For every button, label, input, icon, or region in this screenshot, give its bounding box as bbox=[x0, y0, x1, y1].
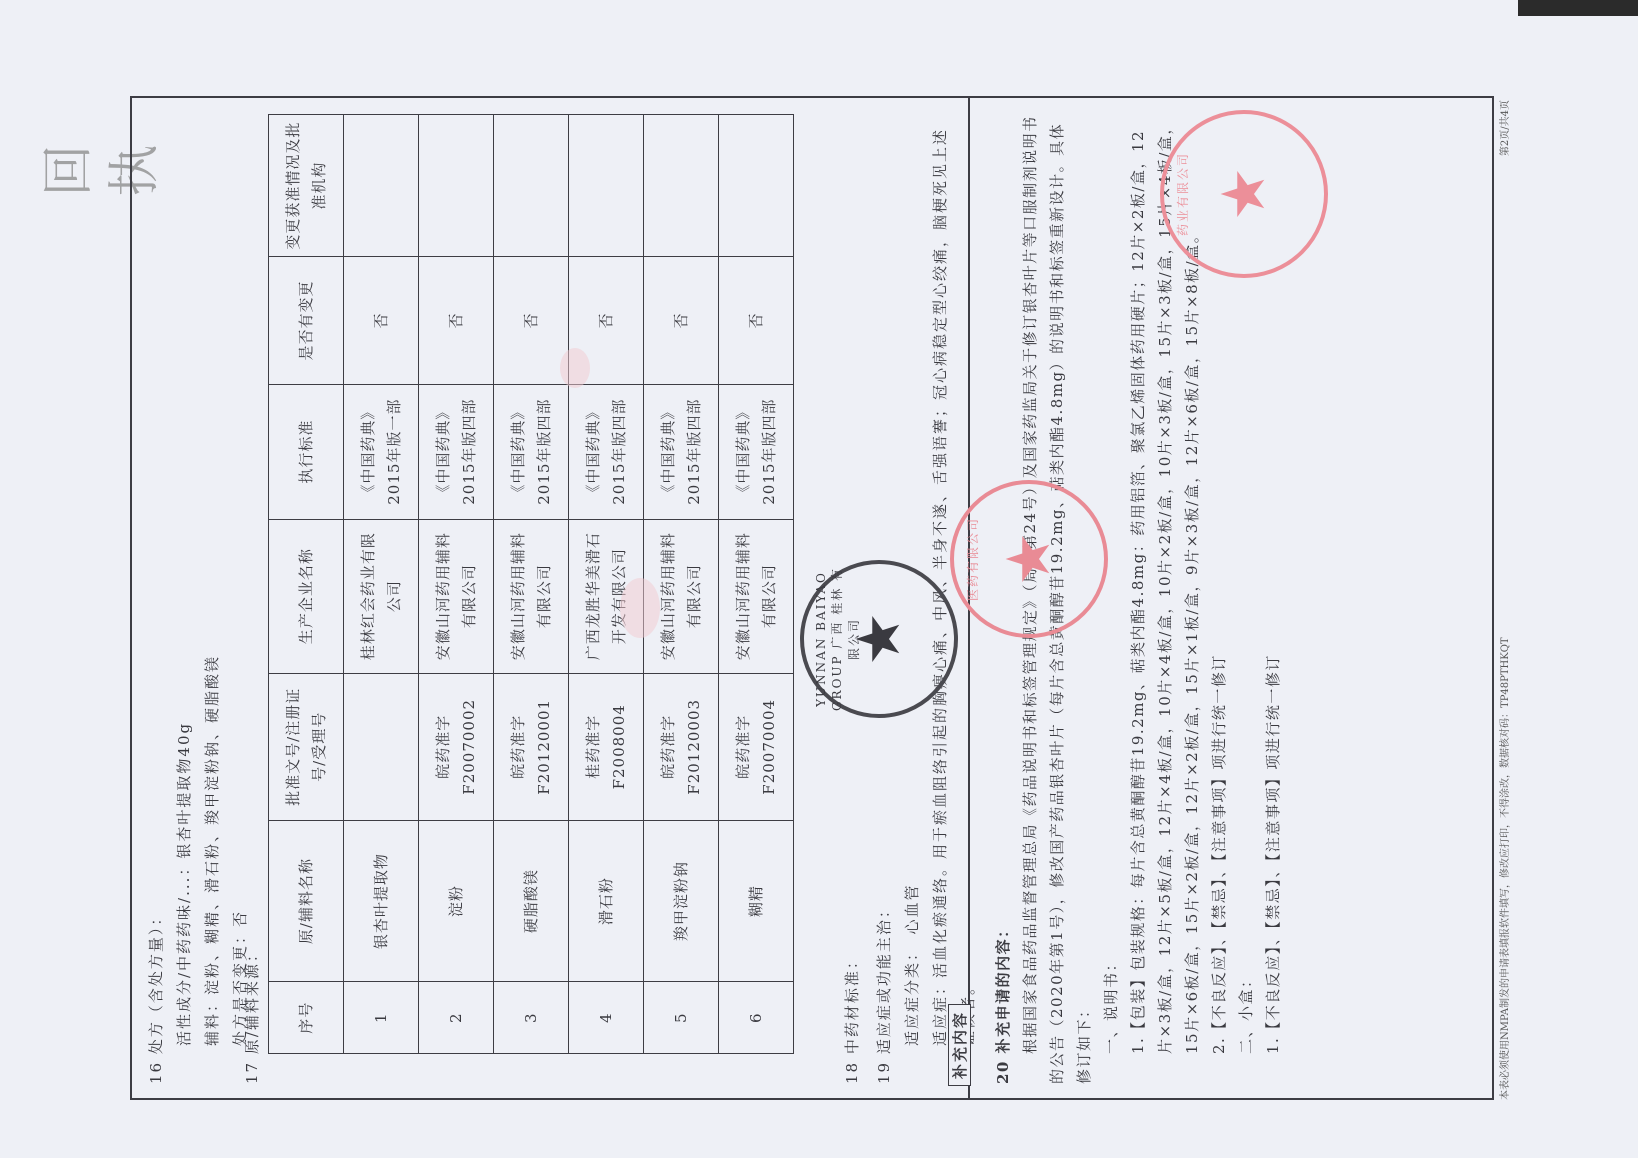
official-seal-red-2: 药业有限公司 ★ bbox=[1160, 110, 1328, 278]
official-seal-red: 医药有限公司 ★ bbox=[950, 480, 1108, 638]
cell-no: 4 bbox=[569, 982, 644, 1054]
star-icon: ★ bbox=[999, 532, 1059, 586]
page-footer: 本表必须使用NMPA制发的申请表填报软件填写，修改应打印，不得涂改，数据核对码：… bbox=[1496, 100, 1511, 1100]
cell-changed: 否 bbox=[344, 257, 419, 385]
cell-changed: 否 bbox=[719, 257, 794, 385]
table-row: 2淀粉皖药准字F20070002安徽山河药用辅料有限公司《中国药典》2015年版… bbox=[419, 115, 494, 1054]
section-18-title: 18 中药材标准： bbox=[838, 952, 866, 1084]
cell-name: 硬脂酸镁 bbox=[494, 820, 569, 982]
cell-changed: 否 bbox=[644, 257, 719, 385]
section-16-title: 16 处方（含处方量）： bbox=[142, 655, 170, 1084]
excipients: 辅料：淀粉、糊精、滑石粉、羧甲淀粉钠、硬脂酸镁 bbox=[198, 655, 226, 1084]
cell-change-approval bbox=[569, 115, 644, 257]
cell-approval: 皖药准字F20070004 bbox=[719, 673, 794, 820]
cell-standard: 《中国药典》2015年版四部 bbox=[719, 384, 794, 519]
official-seal-black: YUNNAN BAIYAO GROUP 广西 桂林 有限公司 ★ bbox=[800, 560, 958, 718]
materials-table: 序号 原/辅料名称 批准文号/注册证号/受理号 生产企业名称 执行标准 是否有变… bbox=[268, 114, 794, 1054]
cell-change-approval bbox=[719, 115, 794, 257]
cell-standard: 《中国药典》2015年版四部 bbox=[569, 384, 644, 519]
seal-text: 药业有限公司 bbox=[1174, 114, 1191, 274]
seal-text: YUNNAN BAIYAO GROUP 广西 桂林 有限公司 bbox=[814, 564, 862, 714]
cell-name: 银杏叶提取物 bbox=[344, 820, 419, 982]
footer-note: 本表必须使用NMPA制发的申请表填报软件填写，修改应打印，不得涂改，数据核对码：… bbox=[1496, 637, 1511, 1100]
cell-change-approval bbox=[419, 115, 494, 257]
cell-no: 1 bbox=[344, 982, 419, 1054]
col-header: 是否有变更 bbox=[269, 257, 344, 385]
cell-standard: 《中国药典》2015年版四部 bbox=[494, 384, 569, 519]
cell-no: 5 bbox=[644, 982, 719, 1054]
cell-approval: 皖药准字F20070002 bbox=[419, 673, 494, 820]
cell-no: 3 bbox=[494, 982, 569, 1054]
cell-changed: 否 bbox=[419, 257, 494, 385]
cell-name: 羧甲淀粉钠 bbox=[644, 820, 719, 982]
seal-text: 医药有限公司 bbox=[964, 484, 981, 634]
cell-changed: 否 bbox=[494, 257, 569, 385]
table-row: 6糊精皖药准字F20070004安徽山河药用辅料有限公司《中国药典》2015年版… bbox=[719, 115, 794, 1054]
cell-change-approval bbox=[344, 115, 419, 257]
supplement-paragraph: 一、说明书： bbox=[1098, 114, 1125, 1084]
cell-maker: 桂林红会药业有限公司 bbox=[344, 519, 419, 673]
cell-approval bbox=[344, 673, 419, 820]
cell-standard: 《中国药典》2015年版四部 bbox=[419, 384, 494, 519]
star-icon: ★ bbox=[1214, 167, 1274, 221]
active-ingredients: 活性成分/中药药味/...：银杏叶提取物40g bbox=[170, 655, 198, 1084]
cell-no: 2 bbox=[419, 982, 494, 1054]
col-header: 批准文号/注册证号/受理号 bbox=[269, 673, 344, 820]
col-header: 变更获准情况及批准机构 bbox=[269, 115, 344, 257]
table-row: 1银杏叶提取物桂林红会药业有限公司《中国药典》2015年版一部否 bbox=[344, 115, 419, 1054]
table-row: 5羧甲淀粉钠皖药准字F20120003安徽山河药用辅料有限公司《中国药典》201… bbox=[644, 115, 719, 1054]
page-number: 第2页/共4页 bbox=[1496, 100, 1511, 156]
cell-approval: 桂药准字F2008004 bbox=[569, 673, 644, 820]
cell-maker: 安徽山河药用辅料有限公司 bbox=[494, 519, 569, 673]
table-row: 3硬脂酸镁皖药准字F20120001安徽山河药用辅料有限公司《中国药典》2015… bbox=[494, 115, 569, 1054]
cell-change-approval bbox=[494, 115, 569, 257]
cell-approval: 皖药准字F20120001 bbox=[494, 673, 569, 820]
section-17-title: 17 原/辅料来源： bbox=[238, 945, 266, 1084]
cell-name: 淀粉 bbox=[419, 820, 494, 982]
col-header: 序号 bbox=[269, 982, 344, 1054]
cell-standard: 《中国药典》2015年版一部 bbox=[344, 384, 419, 519]
cell-name: 滑石粉 bbox=[569, 820, 644, 982]
cell-maker: 安徽山河药用辅料有限公司 bbox=[419, 519, 494, 673]
cell-name: 糊精 bbox=[719, 820, 794, 982]
col-header: 原/辅料名称 bbox=[269, 820, 344, 982]
cell-no: 6 bbox=[719, 982, 794, 1054]
supplement-tag: 补充内容 bbox=[948, 1004, 971, 1086]
col-header: 生产企业名称 bbox=[269, 519, 344, 673]
col-header: 执行标准 bbox=[269, 384, 344, 519]
ink-smudge bbox=[560, 348, 590, 388]
table-header-row: 序号 原/辅料名称 批准文号/注册证号/受理号 生产企业名称 执行标准 是否有变… bbox=[269, 115, 344, 1054]
document-page: 回执 16 处方（含处方量）： 活性成分/中药药味/...：银杏叶提取物40g … bbox=[0, 0, 1638, 1158]
cell-approval: 皖药准字F20120003 bbox=[644, 673, 719, 820]
cell-standard: 《中国药典》2015年版四部 bbox=[644, 384, 719, 519]
cell-change-approval bbox=[644, 115, 719, 257]
ink-smudge bbox=[620, 578, 660, 638]
cell-maker: 安徽山河药用辅料有限公司 bbox=[719, 519, 794, 673]
